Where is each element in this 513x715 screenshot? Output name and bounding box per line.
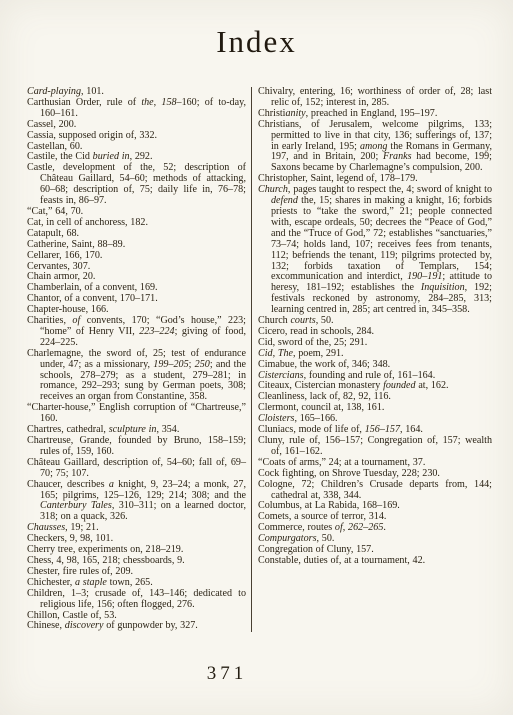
index-page: Index Card-playing, 101.Carthusian Order… bbox=[0, 0, 513, 715]
index-entry: Cock fighting, on Shrove Tuesday, 228; 2… bbox=[258, 469, 492, 480]
index-entry: Cluny, rule of, 156–157; Congregation of… bbox=[258, 436, 492, 458]
left-column: Card-playing, 101.Carthusian Order, rule… bbox=[27, 87, 251, 632]
index-entry: Charities, of convents, 170; “God’s hous… bbox=[27, 316, 246, 349]
index-entry: Church, pages taught to respect the, 4; … bbox=[258, 185, 492, 316]
index-entry: “Charter-house,” English corruption of “… bbox=[27, 403, 246, 425]
index-entry: Children, 1–3; crusade of, 143–146; dedi… bbox=[27, 589, 246, 611]
index-entry: Christians, of Jerusalem, welcome pilgri… bbox=[258, 120, 492, 175]
page-title: Index bbox=[0, 24, 513, 60]
index-entry: Castle, development of the, 52; descript… bbox=[27, 163, 246, 207]
right-column: Chivalry, entering, 16; worthiness of or… bbox=[252, 87, 492, 632]
page-number: 371 bbox=[172, 663, 282, 685]
index-columns: Card-playing, 101.Carthusian Order, rule… bbox=[27, 87, 492, 632]
index-entry: Carthusian Order, rule of the, 158–160; … bbox=[27, 98, 246, 120]
index-entry: Cassel, 200. bbox=[27, 120, 246, 131]
index-entry: Constable, duties of, at a tournament, 4… bbox=[258, 556, 492, 567]
index-entry: Cologne, 72; Children’s Crusade departs … bbox=[258, 480, 492, 502]
index-entry: Chaucer, describes a knight, 9, 23–24; a… bbox=[27, 480, 246, 524]
index-entry: Chartreuse, Grande, founded by Bruno, 15… bbox=[27, 436, 246, 458]
index-entry: Cassia, supposed origin of, 332. bbox=[27, 131, 246, 142]
index-entry: Catherine, Saint, 88–89. bbox=[27, 240, 246, 251]
index-entry: Cellarer, 166, 170. bbox=[27, 251, 246, 262]
index-entry: Chinese, discovery of gunpowder by, 327. bbox=[27, 621, 246, 632]
index-entry: Château Gaillard, description of, 54–60;… bbox=[27, 458, 246, 480]
index-entry: Chivalry, entering, 16; worthiness of or… bbox=[258, 87, 492, 109]
index-entry: Charlemagne, the sword of, 25; test of e… bbox=[27, 349, 246, 404]
